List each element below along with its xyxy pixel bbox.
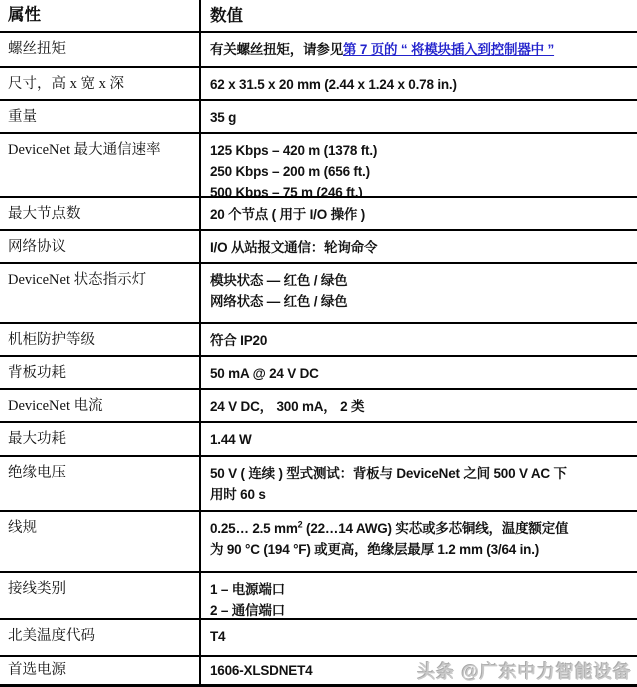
row-label: 螺丝扭矩 [0, 33, 201, 66]
row-label: 背板功耗 [0, 357, 201, 388]
row-isolation-voltage: 绝缘电压 50 V ( 连续 ) 型式测试：背板与 DeviceNet 之间 5… [0, 457, 637, 512]
cross-reference-link[interactable]: 第 7 页的 “ 将模块插入到控制器中 ” [343, 42, 554, 57]
value-line: 500 Kbps – 75 m (246 ft.) [210, 182, 629, 198]
row-devicenet-status-indicators: DeviceNet 状态指示灯 模块状态 — 红色 / 绿色 网络状态 — 红色… [0, 264, 637, 324]
row-label: DeviceNet 状态指示灯 [0, 264, 201, 322]
row-value: 50 V ( 连续 ) 型式测试：背板与 DeviceNet 之间 500 V … [201, 457, 637, 510]
row-north-america-temp-code: 北美温度代码 T4 [0, 620, 637, 657]
row-network-protocol: 网络协议 I/O 从站报文通信：轮询命令 [0, 231, 637, 264]
row-weight: 重量 35 g [0, 101, 637, 134]
value-line: 用时 60 s [210, 484, 629, 505]
value-line: 1 – 电源端口 [210, 579, 629, 600]
row-screw-torque: 螺丝扭矩 有关螺丝扭矩，请参见第 7 页的 “ 将模块插入到控制器中 ” [0, 33, 637, 68]
value-line: 0.25… 2.5 mm2 (22…14 AWG) 实芯或多芯铜线，温度额定值 [210, 518, 629, 539]
row-value: 62 x 31.5 x 20 mm (2.44 x 1.24 x 0.78 in… [201, 68, 637, 99]
row-value: I/O 从站报文通信：轮询命令 [201, 231, 637, 262]
row-devicenet-current: DeviceNet 电流 24 V DC， 300 mA， 2 类 [0, 390, 637, 423]
header-value: 数值 [201, 0, 637, 31]
specification-table: 属性 数值 螺丝扭矩 有关螺丝扭矩，请参见第 7 页的 “ 将模块插入到控制器中… [0, 0, 637, 687]
row-label: DeviceNet 电流 [0, 390, 201, 421]
row-label: 接线类别 [0, 573, 201, 618]
row-max-nodes: 最大节点数 20 个节点 ( 用于 I/O 操作 ) [0, 198, 637, 231]
value-text: 0.25… 2.5 mm [210, 521, 298, 536]
value-line: 为 90 °C (194 °F) 或更高，绝缘层最厚 1.2 mm (3/64 … [210, 539, 629, 560]
value-text: 有关螺丝扭矩，请参见 [210, 42, 343, 57]
row-value: 0.25… 2.5 mm2 (22…14 AWG) 实芯或多芯铜线，温度额定值 … [201, 512, 637, 571]
row-label: 机柜防护等级 [0, 324, 201, 355]
row-max-power: 最大功耗 1.44 W [0, 423, 637, 457]
row-value: 符合 IP20 [201, 324, 637, 355]
row-value: 有关螺丝扭矩，请参见第 7 页的 “ 将模块插入到控制器中 ” [201, 33, 637, 66]
value-line: 250 Kbps – 200 m (656 ft.) [210, 161, 629, 182]
toutiao-watermark: 头条 @广东中力智能设备 [417, 658, 632, 684]
row-value: 1 – 电源端口 2 – 通信端口 [201, 573, 637, 618]
row-label: 最大功耗 [0, 423, 201, 455]
row-label: 北美温度代码 [0, 620, 201, 655]
row-label: 绝缘电压 [0, 457, 201, 510]
row-label: 最大节点数 [0, 198, 201, 229]
row-value: 24 V DC， 300 mA， 2 类 [201, 390, 637, 421]
value-line: 50 V ( 连续 ) 型式测试：背板与 DeviceNet 之间 500 V … [210, 463, 629, 484]
row-label: 尺寸，高 x 宽 x 深 [0, 68, 201, 99]
row-label: 重量 [0, 101, 201, 132]
row-value: 20 个节点 ( 用于 I/O 操作 ) [201, 198, 637, 229]
row-value: 1.44 W [201, 423, 637, 455]
row-value: 50 mA @ 24 V DC [201, 357, 637, 388]
header-attribute: 属性 [0, 0, 201, 31]
row-label: DeviceNet 最大通信速率 [0, 134, 201, 196]
value-line: 2 – 通信端口 [210, 600, 629, 620]
row-enclosure-rating: 机柜防护等级 符合 IP20 [0, 324, 637, 357]
row-label: 网络协议 [0, 231, 201, 262]
row-devicenet-max-rate: DeviceNet 最大通信速率 125 Kbps – 420 m (1378 … [0, 134, 637, 198]
row-value: T4 [201, 620, 637, 655]
row-dimensions: 尺寸，高 x 宽 x 深 62 x 31.5 x 20 mm (2.44 x 1… [0, 68, 637, 101]
row-wire-size: 线规 0.25… 2.5 mm2 (22…14 AWG) 实芯或多芯铜线，温度额… [0, 512, 637, 573]
value-text: (22…14 AWG) 实芯或多芯铜线，温度额定值 [302, 521, 568, 536]
value-line: 模块状态 — 红色 / 绿色 [210, 270, 629, 291]
row-value: 125 Kbps – 420 m (1378 ft.) 250 Kbps – 2… [201, 134, 637, 196]
row-label: 首选电源 [0, 657, 201, 684]
row-backplane-power: 背板功耗 50 mA @ 24 V DC [0, 357, 637, 390]
value-line: 125 Kbps – 420 m (1378 ft.) [210, 140, 629, 161]
row-value: 模块状态 — 红色 / 绿色 网络状态 — 红色 / 绿色 [201, 264, 637, 322]
row-wiring-category: 接线类别 1 – 电源端口 2 – 通信端口 [0, 573, 637, 620]
value-line: 网络状态 — 红色 / 绿色 [210, 291, 629, 312]
row-label: 线规 [0, 512, 201, 571]
table-header-row: 属性 数值 [0, 0, 637, 33]
row-value: 35 g [201, 101, 637, 132]
